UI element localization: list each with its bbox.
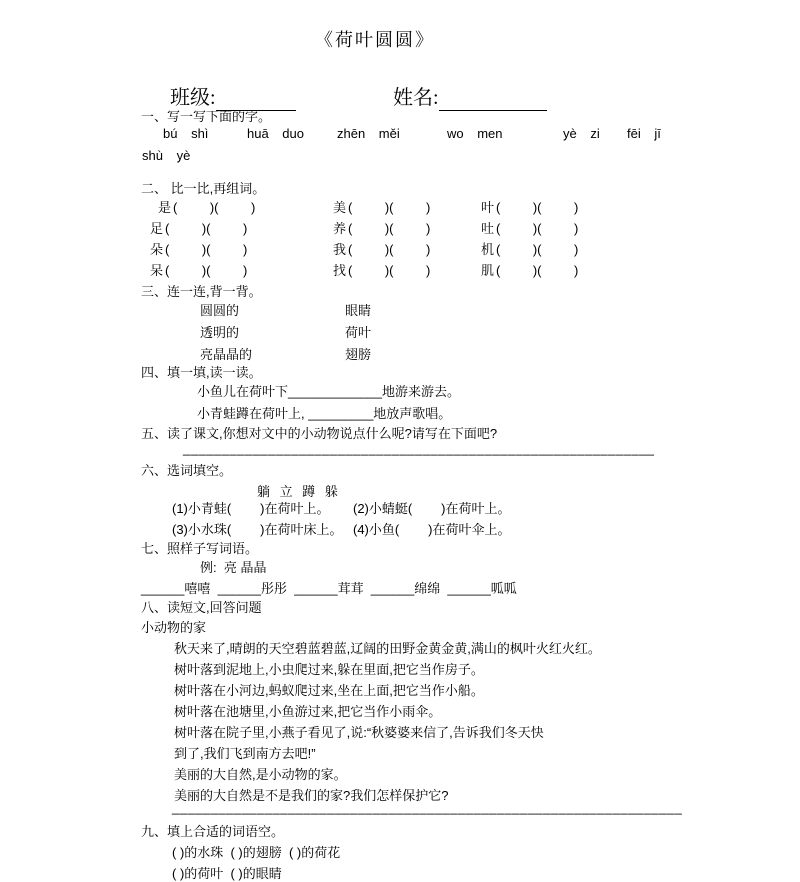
choice-row: (3)小水珠( )在荷叶床上。 (4)小鱼( )在荷叶伞上。 xyxy=(141,522,800,543)
blank-parens: ( )( ) xyxy=(165,263,247,278)
section8-heading: 八、读短文,回答问题 xyxy=(141,600,262,616)
passage-line: 美丽的大自然,是小动物的家。 xyxy=(174,767,347,783)
char: 找 xyxy=(333,263,346,278)
char: 是 xyxy=(158,200,171,215)
name-field: 姓名: xyxy=(393,86,547,111)
char: 叶 xyxy=(481,200,494,215)
answer-line: ________________________________________… xyxy=(183,441,655,457)
pinyin-row-2: shù yè xyxy=(142,148,190,164)
match-left: 亮晶晶的 xyxy=(200,347,345,363)
blank-parens: ( )( ) xyxy=(496,242,578,257)
name-label: 姓名: xyxy=(393,87,439,109)
section6-heading: 六、选词填空。 xyxy=(141,463,232,479)
compare-cell: 呆( )( ) xyxy=(150,263,247,279)
passage-line: 树叶落在池塘里,小鱼游过来,把它当作小雨伞。 xyxy=(174,704,441,720)
passage-line: 到了,我们飞到南方去吧!” xyxy=(174,746,316,762)
passage-line: 树叶落在小河边,蚂蚁爬过来,坐在上面,把它当作小船。 xyxy=(174,683,484,699)
section3-heading: 三、连一连,背一背。 xyxy=(141,284,262,300)
pinyin-word: bú shì xyxy=(163,126,208,142)
section5-heading: 五、读了课文,你想对文中的小动物说点什么呢?请写在下面吧? xyxy=(141,426,497,442)
char: 肌 xyxy=(481,263,494,278)
section7-heading: 七、照样子写词语。 xyxy=(141,541,258,557)
compare-cell: 朵( )( ) xyxy=(150,242,247,258)
compare-cell: 足( )( ) xyxy=(150,221,247,237)
word-fill-line: ( )的水珠 ( )的翅膀 ( )的荷花 xyxy=(172,845,340,861)
match-left: 透明的 xyxy=(200,325,345,341)
compare-cell: 机( )( ) xyxy=(481,242,578,258)
blank-parens: ( )( ) xyxy=(496,200,578,215)
word-fill-line: ( )的荷叶 ( )的眼睛 xyxy=(172,866,282,880)
section9-heading: 九、填上合适的词语空。 xyxy=(141,824,284,840)
blank-parens: ( )( ) xyxy=(348,263,430,278)
blank-parens: ( )( ) xyxy=(496,263,578,278)
passage-line: 树叶落到泥地上,小虫爬过来,躲在里面,把它当作房子。 xyxy=(174,662,484,678)
compare-row: 足( )( ) 养( )( ) 吐( )( ) xyxy=(141,221,800,242)
page-title: 《荷叶圆圆》 xyxy=(141,29,609,52)
match-right: 眼睛 xyxy=(345,303,371,318)
compare-row: 是( )( ) 美( )( ) 叶( )( ) xyxy=(141,200,800,221)
blank-parens: ( )( ) xyxy=(496,221,578,236)
match-row: 圆圆的眼睛 xyxy=(200,303,371,319)
match-row: 透明的荷叶 xyxy=(200,325,371,341)
section2-heading: 二、 比一比,再组词。 xyxy=(141,181,265,197)
compare-cell: 肌( )( ) xyxy=(481,263,578,279)
word-bank: 躺 立 蹲 躲 xyxy=(257,484,338,500)
match-right: 荷叶 xyxy=(345,325,371,340)
passage-title: 小动物的家 xyxy=(141,620,206,636)
worksheet-document: 《荷叶圆圆》 班级:姓名: 一、写一写下面的字。 bú shì huā duo … xyxy=(141,0,800,880)
choice-item: (2)小蜻蜓( )在荷叶上。 xyxy=(353,501,510,517)
passage-line: 秋天来了,晴朗的天空碧蓝碧蓝,辽阔的田野金黄金黄,满山的枫叶火红火红。 xyxy=(174,641,601,657)
word-pattern-line: ______嘻嘻 ______彤彤 ______茸茸 ______绵绵 ____… xyxy=(141,581,517,597)
char: 足 xyxy=(150,221,163,236)
choice-item: (1)小青蛙( )在荷叶上。 xyxy=(172,501,329,517)
answer-line: ________________________________________… xyxy=(172,800,682,816)
choice-item: (3)小水珠( )在荷叶床上。 xyxy=(172,522,342,538)
name-blank-line xyxy=(439,89,547,111)
compare-cell: 找( )( ) xyxy=(333,263,430,279)
class-field: 班级: xyxy=(170,86,393,111)
char: 我 xyxy=(333,242,346,257)
blank-parens: ( )( ) xyxy=(173,200,255,215)
compare-row: 呆( )( ) 找( )( ) 肌( )( ) xyxy=(141,263,800,284)
compare-cell: 养( )( ) xyxy=(333,221,430,237)
choice-item: (4)小鱼( )在荷叶伞上。 xyxy=(353,522,510,538)
passage-line: 树叶落在院子里,小燕子看见了,说:“秋婆婆来信了,告诉我们冬天快 xyxy=(174,725,544,741)
blank-parens: ( )( ) xyxy=(165,242,247,257)
pinyin-word: zhēn měi xyxy=(337,126,400,142)
char: 吐 xyxy=(481,221,494,236)
blank-parens: ( )( ) xyxy=(348,221,430,236)
match-left: 圆圆的 xyxy=(200,303,345,319)
char: 呆 xyxy=(150,263,163,278)
char: 养 xyxy=(333,221,346,236)
pinyin-word: yè zi xyxy=(563,126,600,142)
choice-row: (1)小青蛙( )在荷叶上。 (2)小蜻蜓( )在荷叶上。 xyxy=(141,501,800,522)
char: 朵 xyxy=(150,242,163,257)
compare-cell: 美( )( ) xyxy=(333,200,430,216)
pinyin-word: huā duo xyxy=(247,126,304,142)
pinyin-word: fēi jī xyxy=(627,126,661,142)
compare-cell: 我( )( ) xyxy=(333,242,430,258)
class-label: 班级: xyxy=(170,87,216,109)
class-blank-line xyxy=(216,89,296,111)
compare-row: 朵( )( ) 我( )( ) 机( )( ) xyxy=(141,242,800,263)
match-right: 翅膀 xyxy=(345,347,371,362)
fill-sentence: 小鱼儿在荷叶下_____________地游来游去。 xyxy=(197,384,460,400)
fill-sentence: 小青蛙蹲在荷叶上, _________地放声歌唱。 xyxy=(197,406,451,422)
blank-parens: ( )( ) xyxy=(165,221,247,236)
pinyin-row-1: bú shì huā duo zhēn měi wo men yè zi fēi… xyxy=(141,126,800,147)
compare-cell: 叶( )( ) xyxy=(481,200,578,216)
pinyin-word: wo men xyxy=(447,126,503,142)
compare-cell: 吐( )( ) xyxy=(481,221,578,237)
blank-parens: ( )( ) xyxy=(348,242,430,257)
blank-parens: ( )( ) xyxy=(348,200,430,215)
char: 美 xyxy=(333,200,346,215)
section1-heading: 一、写一写下面的字。 xyxy=(141,109,271,125)
match-row: 亮晶晶的翅膀 xyxy=(200,347,371,363)
example-line: 例: 亮 晶晶 xyxy=(200,560,266,576)
char: 机 xyxy=(481,242,494,257)
section4-heading: 四、填一填,读一读。 xyxy=(141,365,262,381)
compare-cell: 是( )( ) xyxy=(158,200,255,216)
